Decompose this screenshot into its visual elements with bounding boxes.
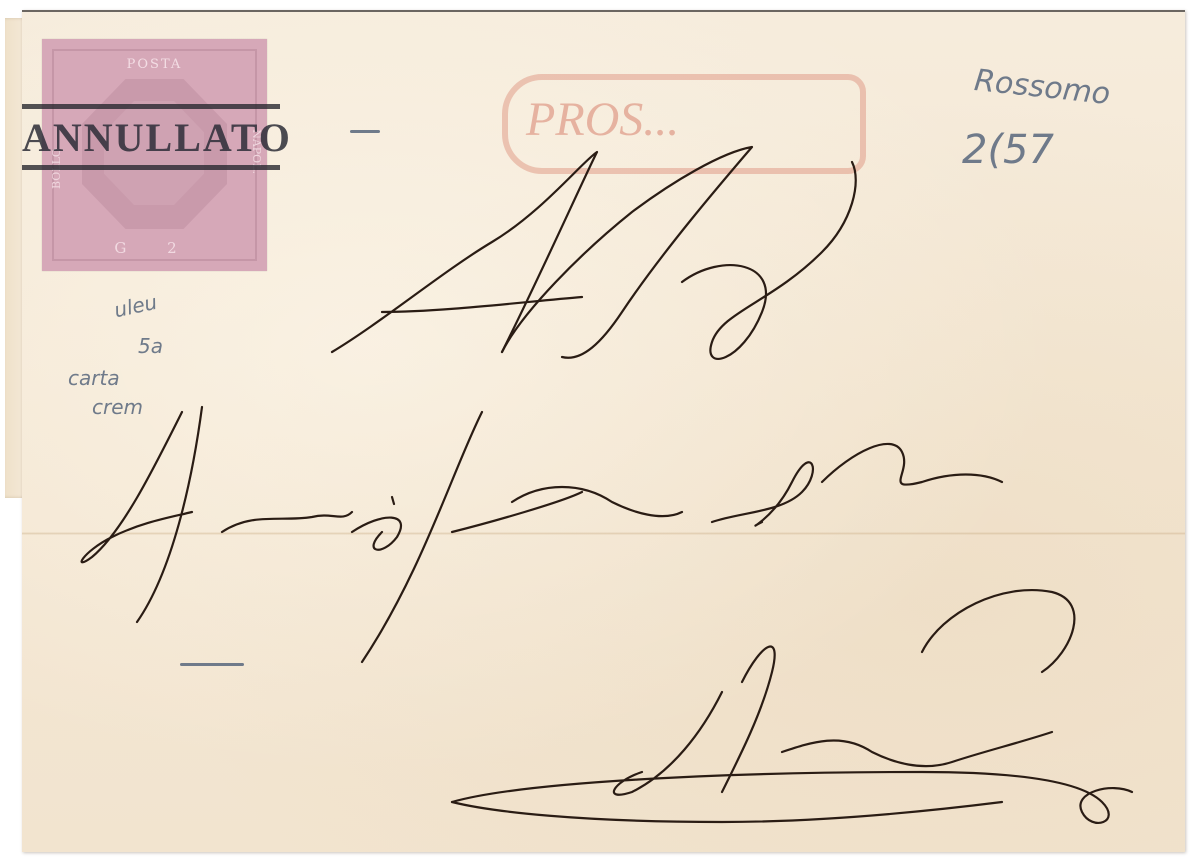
handwritten-address [22,12,1185,852]
folded-letter-cover: POSTA BOLLO NAPOL. G 2 ANNULLATO PROS...… [22,10,1185,852]
